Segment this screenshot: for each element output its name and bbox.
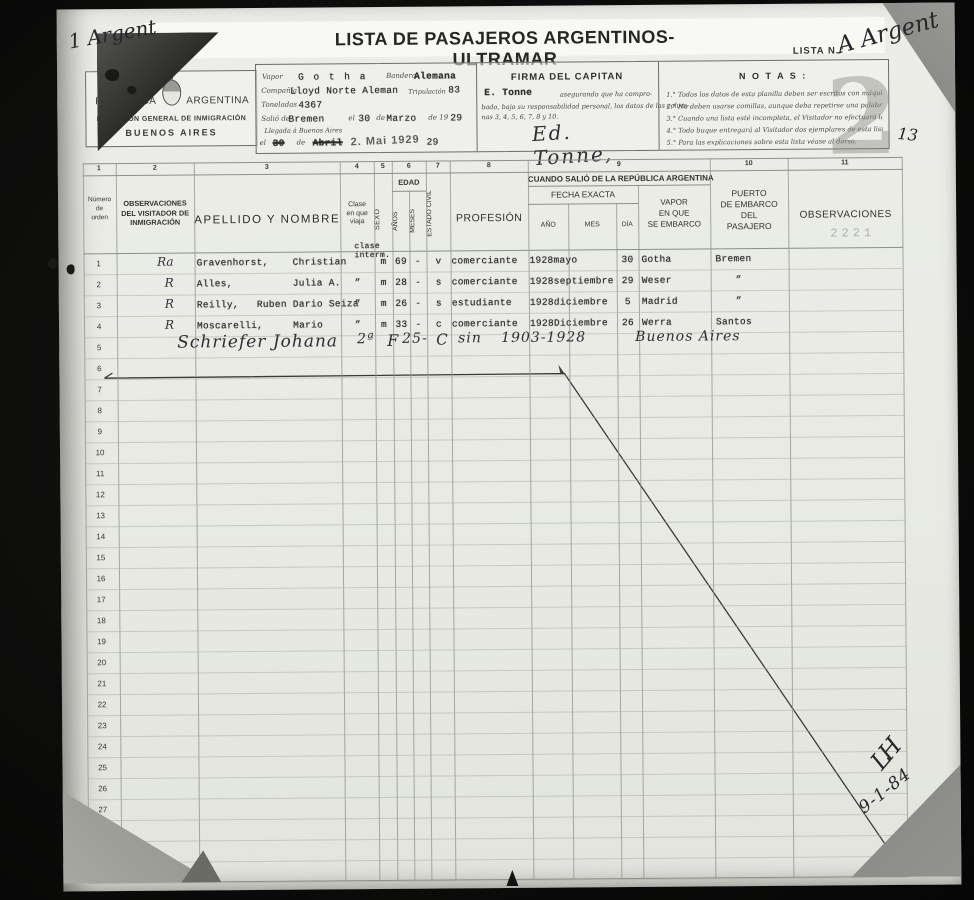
binding-hole bbox=[105, 69, 119, 81]
column-number: 8 bbox=[477, 162, 501, 169]
column-number: 9 bbox=[607, 161, 631, 168]
cell-estado: c bbox=[427, 318, 451, 329]
cell-puerto: ” bbox=[736, 295, 742, 306]
row-number: 19 bbox=[86, 637, 116, 646]
cell-profesion: comerciante bbox=[452, 276, 518, 288]
cell-dia: 26 bbox=[617, 317, 639, 328]
captain-title: FIRMA DEL CAPITAN bbox=[476, 71, 658, 83]
cell-puerto: Bremen bbox=[715, 253, 751, 264]
salio-mes: Marzo bbox=[386, 113, 416, 124]
column-number: 4 bbox=[345, 163, 369, 170]
llegada-el-label: el bbox=[260, 139, 266, 147]
row-number: 18 bbox=[86, 616, 116, 625]
salio-ano: 29 bbox=[450, 112, 462, 123]
bandera-label: Bandera bbox=[386, 72, 416, 80]
row-number: 10 bbox=[85, 448, 115, 457]
cell-anos-handwritten: 25 bbox=[402, 331, 422, 347]
captain-legal-1: asegurando que ha compro- bbox=[560, 90, 652, 99]
cell-meses: - bbox=[410, 277, 427, 288]
row-number: 5 bbox=[84, 343, 114, 352]
column-number: 7 bbox=[426, 162, 450, 169]
row-number: 23 bbox=[87, 721, 117, 730]
row-number: 13 bbox=[85, 511, 115, 520]
cell-anos: 28 bbox=[393, 277, 410, 288]
cell-sexo: m bbox=[375, 277, 393, 288]
captain-box: FIRMA DEL CAPITAN E. Tonne asegurando qu… bbox=[476, 62, 660, 151]
row-number: 4 bbox=[84, 322, 114, 331]
cell-estado: v bbox=[426, 255, 450, 266]
cell-apellido: Reilly, Ruben Dario Seiza bbox=[197, 298, 359, 310]
cell-profesion-handwritten: sin bbox=[458, 330, 482, 346]
archive-watermark-numeral: 2 bbox=[825, 65, 898, 170]
row-number: 12 bbox=[85, 490, 115, 499]
cell-apellido-handwritten: Schriefer Johana bbox=[177, 331, 338, 352]
cell-estado: s bbox=[427, 297, 451, 308]
cell-estado-handwritten: C bbox=[436, 330, 449, 348]
cell-vapor: Werra bbox=[642, 317, 672, 328]
cell-profesion: comerciante bbox=[452, 318, 518, 330]
vapor-label: Vapor bbox=[262, 73, 283, 81]
passenger-list-page: LISTA DE PASAJEROS ARGENTINOS-ULTRAMAR L… bbox=[57, 2, 962, 891]
cell-estado: s bbox=[427, 276, 451, 287]
row-number: 20 bbox=[87, 658, 117, 667]
page-curl-edge bbox=[24, 18, 88, 892]
cell-apellido: Alles, Julia A. bbox=[197, 277, 341, 289]
cell-sexo: m bbox=[374, 256, 392, 267]
column-number: 1 bbox=[87, 165, 111, 172]
captain-name-typed: E. Tonne bbox=[484, 87, 532, 98]
cell-profesion: comerciante bbox=[451, 255, 517, 267]
cell-dia: 5 bbox=[617, 296, 639, 307]
cell-visitador-mark: R bbox=[122, 276, 174, 290]
cell-mes: septiembre bbox=[554, 275, 614, 286]
row-number: 6 bbox=[84, 364, 114, 373]
toneladas-label: Toneladas bbox=[261, 101, 297, 109]
salio-el-label: el bbox=[348, 114, 354, 122]
row-number: 9 bbox=[85, 427, 115, 436]
agency-argentina: ARGENTINA bbox=[186, 95, 249, 106]
column-number: 3 bbox=[255, 164, 279, 171]
row-number: 24 bbox=[87, 742, 117, 751]
cell-clase-handwritten: 2ª bbox=[357, 331, 375, 347]
column-number: 6 bbox=[397, 163, 421, 170]
row-number: 15 bbox=[86, 553, 116, 562]
ship-info-box: Vapor G o t h a Bandera Alemana Compañía… bbox=[256, 63, 478, 153]
cell-meses-handwritten: - bbox=[422, 331, 428, 347]
cell-visitador-mark: R bbox=[122, 297, 174, 311]
cell-vapor-handwritten: Buenos Aires bbox=[635, 328, 741, 345]
row-number: 22 bbox=[87, 700, 117, 709]
row-number: 11 bbox=[85, 469, 115, 478]
column-number: 2 bbox=[143, 165, 167, 172]
cell-mes: Diciembre bbox=[554, 317, 608, 328]
tripulacion-label: Tripulación bbox=[408, 87, 446, 95]
bandera-value: Alemana bbox=[414, 70, 456, 81]
cell-ano-handwritten: 1903-1928 bbox=[501, 329, 586, 346]
cell-vapor: Weser bbox=[642, 275, 672, 286]
binding-hole bbox=[48, 258, 57, 269]
column-number: 5 bbox=[371, 163, 395, 170]
row-number: 1 bbox=[84, 259, 114, 268]
row-number: 16 bbox=[86, 574, 116, 583]
cell-puerto: ” bbox=[736, 274, 742, 285]
cell-visitador-mark: Ra bbox=[121, 255, 173, 269]
toneladas-value: 4367 bbox=[298, 99, 322, 110]
llegada-de-label: de bbox=[297, 139, 306, 147]
cell-vapor: Gotha bbox=[641, 254, 671, 265]
captain-legal-3: nas 3, 4, 5, 6, 7, 8 y 10. bbox=[481, 113, 558, 122]
cell-anos: 69 bbox=[392, 256, 409, 267]
cell-meses: - bbox=[410, 298, 427, 309]
cell-meses: - bbox=[410, 319, 427, 330]
cell-apellido: Moscarelli, Mario bbox=[197, 319, 323, 331]
side-page-number: 13 bbox=[897, 124, 919, 145]
compania-value: Lloyd Norte Aleman bbox=[290, 85, 398, 97]
llegada-ano: 29 bbox=[427, 137, 439, 148]
row-number: 7 bbox=[85, 385, 115, 394]
row-number: 2 bbox=[84, 280, 114, 289]
cell-anos: 33 bbox=[393, 319, 410, 330]
salio-de19-label: de 19 bbox=[428, 113, 448, 121]
salio-de-label: de bbox=[376, 114, 385, 122]
cell-clase: ” bbox=[341, 277, 375, 288]
row-number: 14 bbox=[86, 532, 116, 541]
row-number: 8 bbox=[85, 406, 115, 415]
cell-anos: 26 bbox=[393, 298, 410, 309]
cell-mes: diciembre bbox=[554, 296, 608, 307]
cell-dia: 29 bbox=[617, 275, 639, 286]
row-number: 17 bbox=[86, 595, 116, 604]
llegada-dia-struck: 30 bbox=[273, 138, 285, 149]
cell-mes: mayo bbox=[553, 254, 577, 265]
arrival-date-stamp: 2. Mai 1929 bbox=[350, 133, 420, 148]
salio-label: Salió de bbox=[261, 115, 290, 123]
cell-vapor: Madrid bbox=[642, 296, 678, 307]
scanned-document: LISTA DE PASAJEROS ARGENTINOS-ULTRAMAR L… bbox=[0, 0, 974, 900]
llegada-label: Llegada á Buenos Aires bbox=[264, 126, 342, 135]
cell-sexo-handwritten: F bbox=[387, 331, 399, 350]
cell-sexo: m bbox=[375, 298, 393, 309]
salio-dia: 30 bbox=[358, 113, 370, 124]
salio-puerto: Bremen bbox=[288, 113, 324, 124]
cell-profesion: estudiante bbox=[452, 297, 512, 308]
cell-sexo: m bbox=[375, 319, 393, 330]
row-number: 3 bbox=[84, 301, 114, 310]
cell-visitador-mark: R bbox=[122, 318, 174, 332]
tripulacion-value: 83 bbox=[448, 84, 460, 95]
cell-meses: - bbox=[409, 256, 426, 267]
column-number: 11 bbox=[833, 159, 857, 166]
row-number: 21 bbox=[87, 679, 117, 688]
cell-dia: 30 bbox=[616, 254, 638, 265]
row-number: 25 bbox=[87, 763, 117, 772]
cell-puerto: Santos bbox=[716, 316, 752, 327]
column-number: 10 bbox=[737, 160, 761, 167]
vapor-value: G o t h a bbox=[298, 71, 367, 83]
cell-clase: ” bbox=[341, 298, 375, 309]
row-number: 26 bbox=[88, 784, 118, 793]
passenger-table: Número de orden OBSERVACIONES DEL VISITA… bbox=[83, 157, 909, 883]
cell-clase: ” bbox=[341, 319, 375, 330]
header-boxes-group: Vapor G o t h a Bandera Alemana Compañía… bbox=[255, 59, 890, 154]
llegada-mes-struck: Abril bbox=[313, 137, 343, 148]
cell-apellido: Gravenhorst, Christian bbox=[197, 256, 347, 268]
